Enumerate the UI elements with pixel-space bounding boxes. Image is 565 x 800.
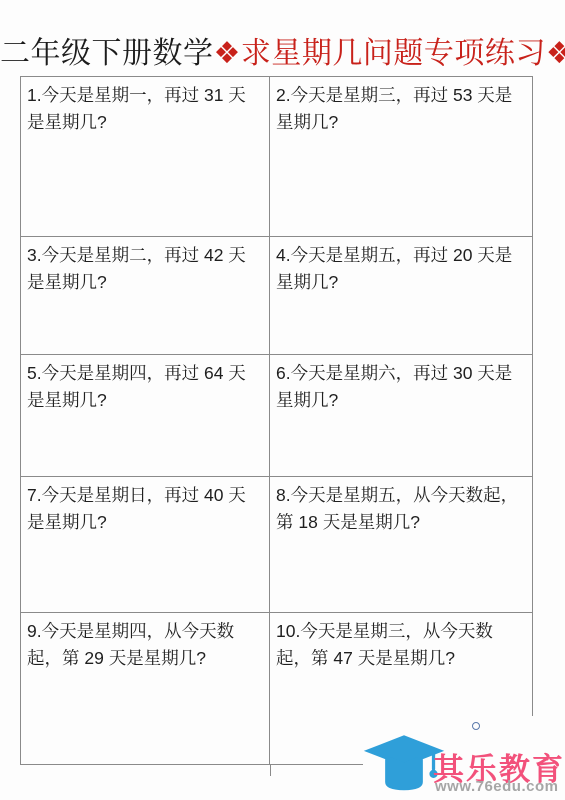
page-title: 二年级下册数学❖求星期几问题专项练习❖ bbox=[0, 28, 565, 72]
question-cell-5: 5.今天是星期四，再过 64 天是星期几? bbox=[21, 355, 270, 477]
question-cell-6: 6.今天是星期六，再过 30 天是星期几? bbox=[270, 355, 532, 477]
question-cell-8: 8.今天是星期五，从今天数起，第 18 天是星期几? bbox=[270, 477, 532, 613]
question-cell-1: 1.今天是星期一，再过 31 天是星期几? bbox=[21, 77, 270, 237]
question-cell-9: 9.今天是星期四，从今天数起，第 29 天是星期几? bbox=[21, 613, 270, 764]
page-title-grade: 二年级下册数学 bbox=[0, 37, 214, 70]
column-divider-overhang bbox=[270, 765, 271, 776]
brand-url: www.76edu.com bbox=[435, 778, 558, 795]
publisher-watermark: 其乐教育 www.76edu.com bbox=[363, 716, 559, 798]
question-cell-3: 3.今天是星期二，再过 42 天是星期几? bbox=[21, 237, 270, 355]
question-grid: 1.今天是星期一，再过 31 天是星期几? 2.今天是星期三，再过 53 天是星… bbox=[20, 76, 533, 765]
question-cell-7: 7.今天是星期日，再过 40 天是星期几? bbox=[21, 477, 270, 613]
page-title-topic: ❖求星期几问题专项练习❖ bbox=[214, 37, 565, 70]
question-cell-2: 2.今天是星期三，再过 53 天是星期几? bbox=[270, 77, 532, 237]
question-cell-4: 4.今天是星期五，再过 20 天是星期几? bbox=[270, 237, 532, 355]
logo-dot bbox=[472, 722, 480, 730]
